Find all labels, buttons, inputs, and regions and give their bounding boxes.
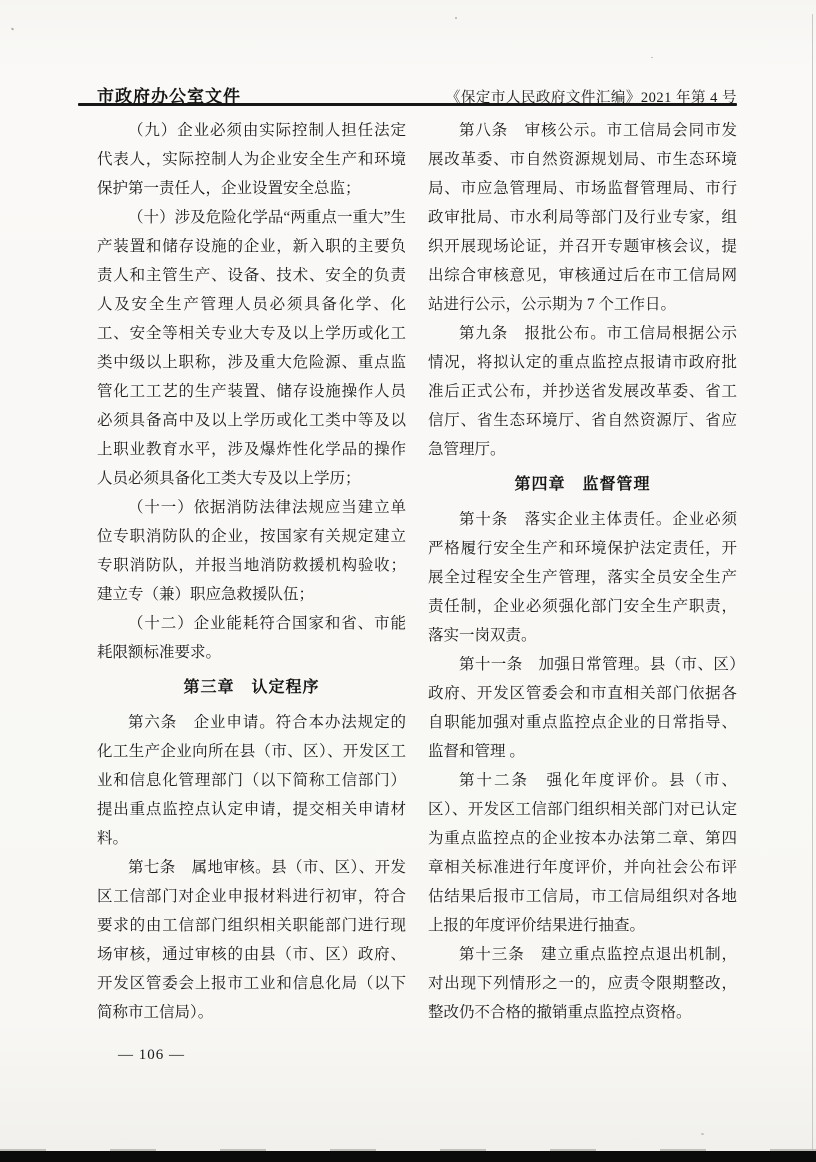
page-number: — 106 — bbox=[118, 1047, 185, 1064]
scanned-document-page: 市政府办公室文件 《保定市人民政府文件汇编》2021 年第 4 号 （九）企业必… bbox=[0, 0, 816, 1162]
page-header: 市政府办公室文件 《保定市人民政府文件汇编》2021 年第 4 号 bbox=[97, 82, 737, 104]
scan-speck bbox=[651, 57, 653, 58]
paragraph: 第八条 审核公示。市工信局会同市发展改革委、市自然资源规划局、市生态环境局、市应… bbox=[428, 116, 737, 319]
paragraph: 第六条 企业申请。符合本办法规定的化工生产企业向所在县（市、区）、开发区工业和信… bbox=[97, 708, 406, 853]
paragraph: （十一）依据消防法律法规应当建立单位专职消防队的企业，按国家有关规定建立专职消防… bbox=[97, 493, 406, 609]
chapter-heading: 第四章 监督管理 bbox=[428, 470, 737, 499]
paragraph: 第九条 报批公布。市工信局根据公示情况，将拟认定的重点监控点报请市政府批准后正式… bbox=[428, 319, 737, 464]
paragraph: （十）涉及危险化学品“两重点一重大”生产装置和储存设施的企业，新入职的主要负责人… bbox=[97, 203, 406, 493]
paragraph: 第七条 属地审核。县（市、区）、开发区工信部门对企业申报材料进行初审，符合要求的… bbox=[97, 853, 406, 1027]
paragraph: 第十条 落实企业主体责任。企业必须严格履行安全生产和环境保护法定责任，开展全过程… bbox=[428, 505, 737, 650]
paragraph: （十二）企业能耗符合国家和省、市能耗限额标准要求。 bbox=[97, 609, 406, 667]
header-rule bbox=[78, 103, 737, 106]
right-column: 第八条 审核公示。市工信局会同市发展改革委、市自然资源规划局、市生态环境局、市应… bbox=[428, 116, 737, 1027]
paragraph: 第十二条 强化年度评价。县（市、区）、开发区工信部门组织相关部门对已认定为重点监… bbox=[428, 766, 737, 940]
scan-bottom-band bbox=[0, 1151, 816, 1162]
paragraph: 第十一条 加强日常管理。县（市、区）政府、开发区管委会和市直相关部门依据各自职能… bbox=[428, 650, 737, 766]
scan-speck bbox=[447, 449, 449, 451]
scan-edge-line bbox=[812, 14, 813, 1150]
scan-speck bbox=[455, 17, 457, 19]
paragraph: 第十三条 建立重点监控点退出机制，对出现下列情形之一的，应责令限期整改，整改仍不… bbox=[428, 940, 737, 1027]
chapter-heading: 第三章 认定程序 bbox=[97, 673, 406, 702]
paragraph: （九）企业必须由实际控制人担任法定代表人，实际控制人为企业安全生产和环境保护第一… bbox=[97, 116, 406, 203]
scan-speck bbox=[701, 1133, 704, 1135]
left-column: （九）企业必须由实际控制人担任法定代表人，实际控制人为企业安全生产和环境保护第一… bbox=[97, 116, 406, 1027]
scan-speck bbox=[11, 27, 15, 30]
document-body: （九）企业必须由实际控制人担任法定代表人，实际控制人为企业安全生产和环境保护第一… bbox=[97, 116, 737, 1027]
